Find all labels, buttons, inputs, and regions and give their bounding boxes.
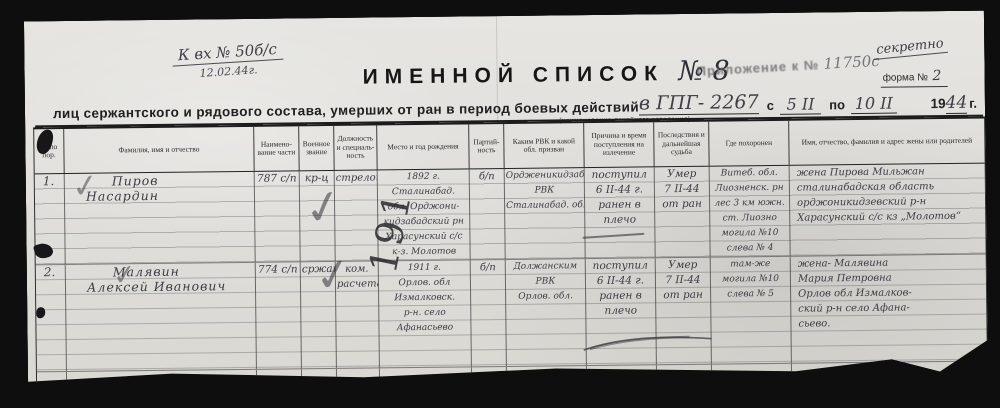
stamp-text: Приложение к № bbox=[696, 57, 819, 79]
year-unit: г. bbox=[969, 96, 977, 111]
table-row: 1. ПировНасардин 787 с/п кр-ц стрелок 18… bbox=[35, 164, 986, 265]
cell-empty bbox=[37, 372, 67, 388]
check-mark: ✓ bbox=[111, 257, 138, 292]
hospital-name: в ГПГ- 2267 bbox=[639, 91, 759, 115]
cell-empty bbox=[257, 369, 302, 386]
cell-burial: Витеб. обл.Лиозненск. рнлес 3 км южн.ст.… bbox=[710, 166, 791, 257]
cell-birth: 1911 г.Орлов. облИзмалковск.р-н. селоАфа… bbox=[379, 260, 472, 367]
header-burial: Где похоронен bbox=[709, 121, 789, 166]
cell-empty bbox=[302, 369, 337, 385]
pen-flourish bbox=[580, 332, 720, 356]
cell-admission: поступил6 II-44 г.ранен вплечо bbox=[585, 167, 656, 258]
header-rvk: Каким РВК и какой обл. призван bbox=[504, 123, 584, 168]
secrecy-mark: секретно bbox=[872, 36, 949, 60]
cell-empty bbox=[657, 365, 712, 382]
document-title: ИМЕННОЙ СПИСОК № 8 bbox=[362, 55, 729, 90]
from-date: 5 II bbox=[780, 94, 822, 114]
cell-party: б/п bbox=[471, 260, 507, 366]
header-unit: Наимено- вание части bbox=[254, 126, 299, 171]
casualty-table: № по пор. Фамилия, имя и отчество Наимен… bbox=[33, 117, 988, 390]
year-handwritten: 44 bbox=[945, 93, 967, 114]
header-admission: Причина и время поступления на излечение bbox=[584, 122, 654, 167]
stamp-number: 11750с bbox=[823, 52, 880, 73]
cell-empty bbox=[507, 366, 587, 383]
from-label: с bbox=[767, 98, 774, 113]
header-outcome: Последствия и дальнейшая судьба bbox=[654, 122, 709, 167]
cell-family: жена Пирова Мильжансталинабадская област… bbox=[790, 164, 986, 256]
cell-empty bbox=[472, 367, 507, 383]
cell-empty bbox=[587, 365, 657, 382]
table-row: 2. МалявинАлексей Иванович 774 с/п сржан… bbox=[36, 254, 987, 372]
form-label: форма № bbox=[883, 72, 928, 84]
form-number: форма № 2 bbox=[881, 67, 948, 88]
cell-party: б/п bbox=[470, 169, 506, 259]
header-party: Партий- ность bbox=[469, 124, 504, 168]
header-family: Имя, отчество, фамилия и адрес жены или … bbox=[789, 119, 984, 165]
cell-full-name: МалявинАлексей Иванович bbox=[66, 263, 257, 371]
form-value: 2 bbox=[932, 68, 941, 84]
cell-empty bbox=[380, 367, 472, 384]
cell-burial: там-жемогила №10слева № 5 bbox=[711, 257, 792, 364]
cell-rvk: ДолжанскимРВКОрлов. обл. bbox=[506, 259, 587, 366]
cell-unit: 787 с/п bbox=[255, 171, 301, 262]
cell-unit: 774 с/п bbox=[256, 262, 302, 369]
title-text: ИМЕННОЙ СПИСОК bbox=[362, 62, 664, 88]
header-birth: Место и год рождения bbox=[377, 124, 469, 169]
header-position: Должность и специаль- ность bbox=[334, 125, 377, 169]
document-page: К вх № 50б/с 12.02.44г. ИМЕННОЙ СПИСОК №… bbox=[24, 11, 988, 386]
cell-rvk: Ордженикидзаб.РВКСталинабад. обл. bbox=[505, 168, 586, 259]
year-prefix: 19 bbox=[930, 96, 945, 111]
cell-empty bbox=[712, 364, 792, 381]
registration-note: К вх № 50б/с 12.02.44г. bbox=[171, 40, 284, 82]
cell-outcome: Умер7 II-44от ран bbox=[655, 167, 711, 258]
check-mark: ✓ bbox=[69, 165, 101, 207]
subtitle-printed: лиц сержантского и рядового состава, уме… bbox=[53, 99, 639, 121]
scan-background: К вх № 50б/с 12.02.44г. ИМЕННОЙ СПИСОК №… bbox=[0, 0, 1000, 408]
to-label: по bbox=[829, 97, 845, 112]
cell-empty bbox=[337, 368, 380, 384]
header-rank: Военное звание bbox=[299, 126, 334, 170]
cell-empty bbox=[67, 370, 257, 388]
cell-empty bbox=[792, 362, 987, 380]
to-date: 10 II bbox=[851, 94, 897, 115]
cell-family: жена- МалявинаМария ПетровнаОрлов обл Из… bbox=[791, 255, 987, 363]
